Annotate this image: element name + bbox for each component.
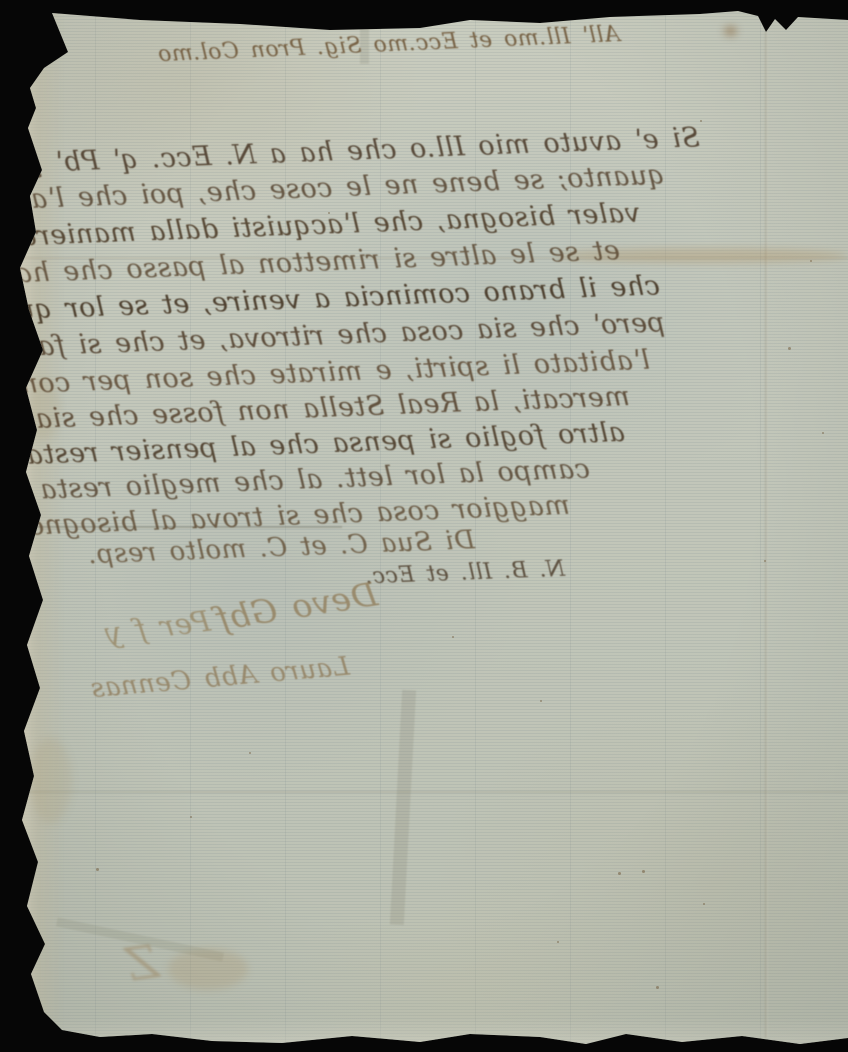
torn-edge-fibers xyxy=(18,0,64,1052)
header-address-line: All' Ill.mo et Ecc.mo Sig. Pron Col.mo xyxy=(255,22,621,63)
body-line-8: mercati, la Real Stella non fosse che si… xyxy=(110,381,631,432)
handwriting-layer: All' Ill.mo et Ecc.mo Sig. Pron Col.moSi… xyxy=(0,0,848,1052)
horizontal-crease-lower xyxy=(20,791,848,793)
ink-speck xyxy=(810,260,812,262)
ink-speck xyxy=(190,816,192,818)
wrinkle-band-lower-middle xyxy=(390,690,416,925)
ink-speck xyxy=(764,560,766,562)
body-line-3: valer bisogna, che l'acquisti dalla mani… xyxy=(140,197,641,247)
ink-speck xyxy=(328,212,330,214)
ink-speck xyxy=(703,903,705,905)
ink-speck xyxy=(642,870,645,873)
ink-speck xyxy=(452,636,454,638)
creases-layer xyxy=(0,0,848,1052)
ink-speck xyxy=(618,872,621,875)
ink-speck xyxy=(822,432,824,434)
wrinkle-bottom-left xyxy=(56,917,224,961)
body-line-6: pero' che sia cosa che ritrova, et che s… xyxy=(95,307,666,360)
fold-stain-band xyxy=(556,248,848,263)
vertical-fold xyxy=(765,12,768,1038)
rust-spot-top-right xyxy=(724,26,737,36)
body-line-9: altro foglio si pensa che al pensier res… xyxy=(95,417,626,468)
body-line-1: Si e' avuto mio Ill.o che ha a N. Ecc. q… xyxy=(140,122,701,174)
horizontal-fold-upper xyxy=(24,257,848,259)
manuscript-sheet: Z All' Ill.mo et Ecc.mo Sig. Pron Col.mo… xyxy=(0,0,848,1052)
body-line-11: maggior cosa che si trova al bisogno di … xyxy=(90,490,571,539)
ink-speck xyxy=(557,941,559,943)
body-line-5: che il brano comincia a venire, et se lo… xyxy=(100,270,661,322)
ink-speck xyxy=(700,120,702,122)
signature-line-1: Devo Gbf xyxy=(236,574,380,634)
signature-line-2: Per f y xyxy=(88,602,226,652)
horizontal-crease-left xyxy=(22,526,342,528)
warm-patch-left-mid xyxy=(28,378,60,440)
ink-speck xyxy=(96,868,99,871)
body-line-2: quanto; se bene ne le cose che, poi che … xyxy=(120,160,666,212)
ink-speck xyxy=(656,986,659,989)
warm-patch-left-edge xyxy=(30,738,72,823)
z-shaped-stain: Z xyxy=(122,934,161,992)
photo-backdrop: Z All' Ill.mo et Ecc.mo Sig. Pron Col.mo… xyxy=(0,0,848,1052)
wrinkle-top-middle xyxy=(360,12,369,64)
signature-line-3: Lauro Abb Cennas xyxy=(109,652,351,703)
smudge-bottom-left xyxy=(168,948,248,990)
ink-speck xyxy=(249,752,251,754)
body-line-13: N. B. Ill. et Ecc. xyxy=(395,557,566,589)
ink-speck xyxy=(540,700,542,702)
ink-speck xyxy=(788,347,791,350)
body-line-7: l'abitato li spirti, e mirate che son pe… xyxy=(110,345,651,397)
body-line-10: campo la lor lett. al che meglio resta o… xyxy=(90,453,591,503)
stains-layer: Z xyxy=(0,0,848,1052)
body-line-12: Di Sua C. et C. molto resp. xyxy=(175,525,476,566)
body-line-4: et se le altre si rimetton al passo che … xyxy=(150,235,621,284)
